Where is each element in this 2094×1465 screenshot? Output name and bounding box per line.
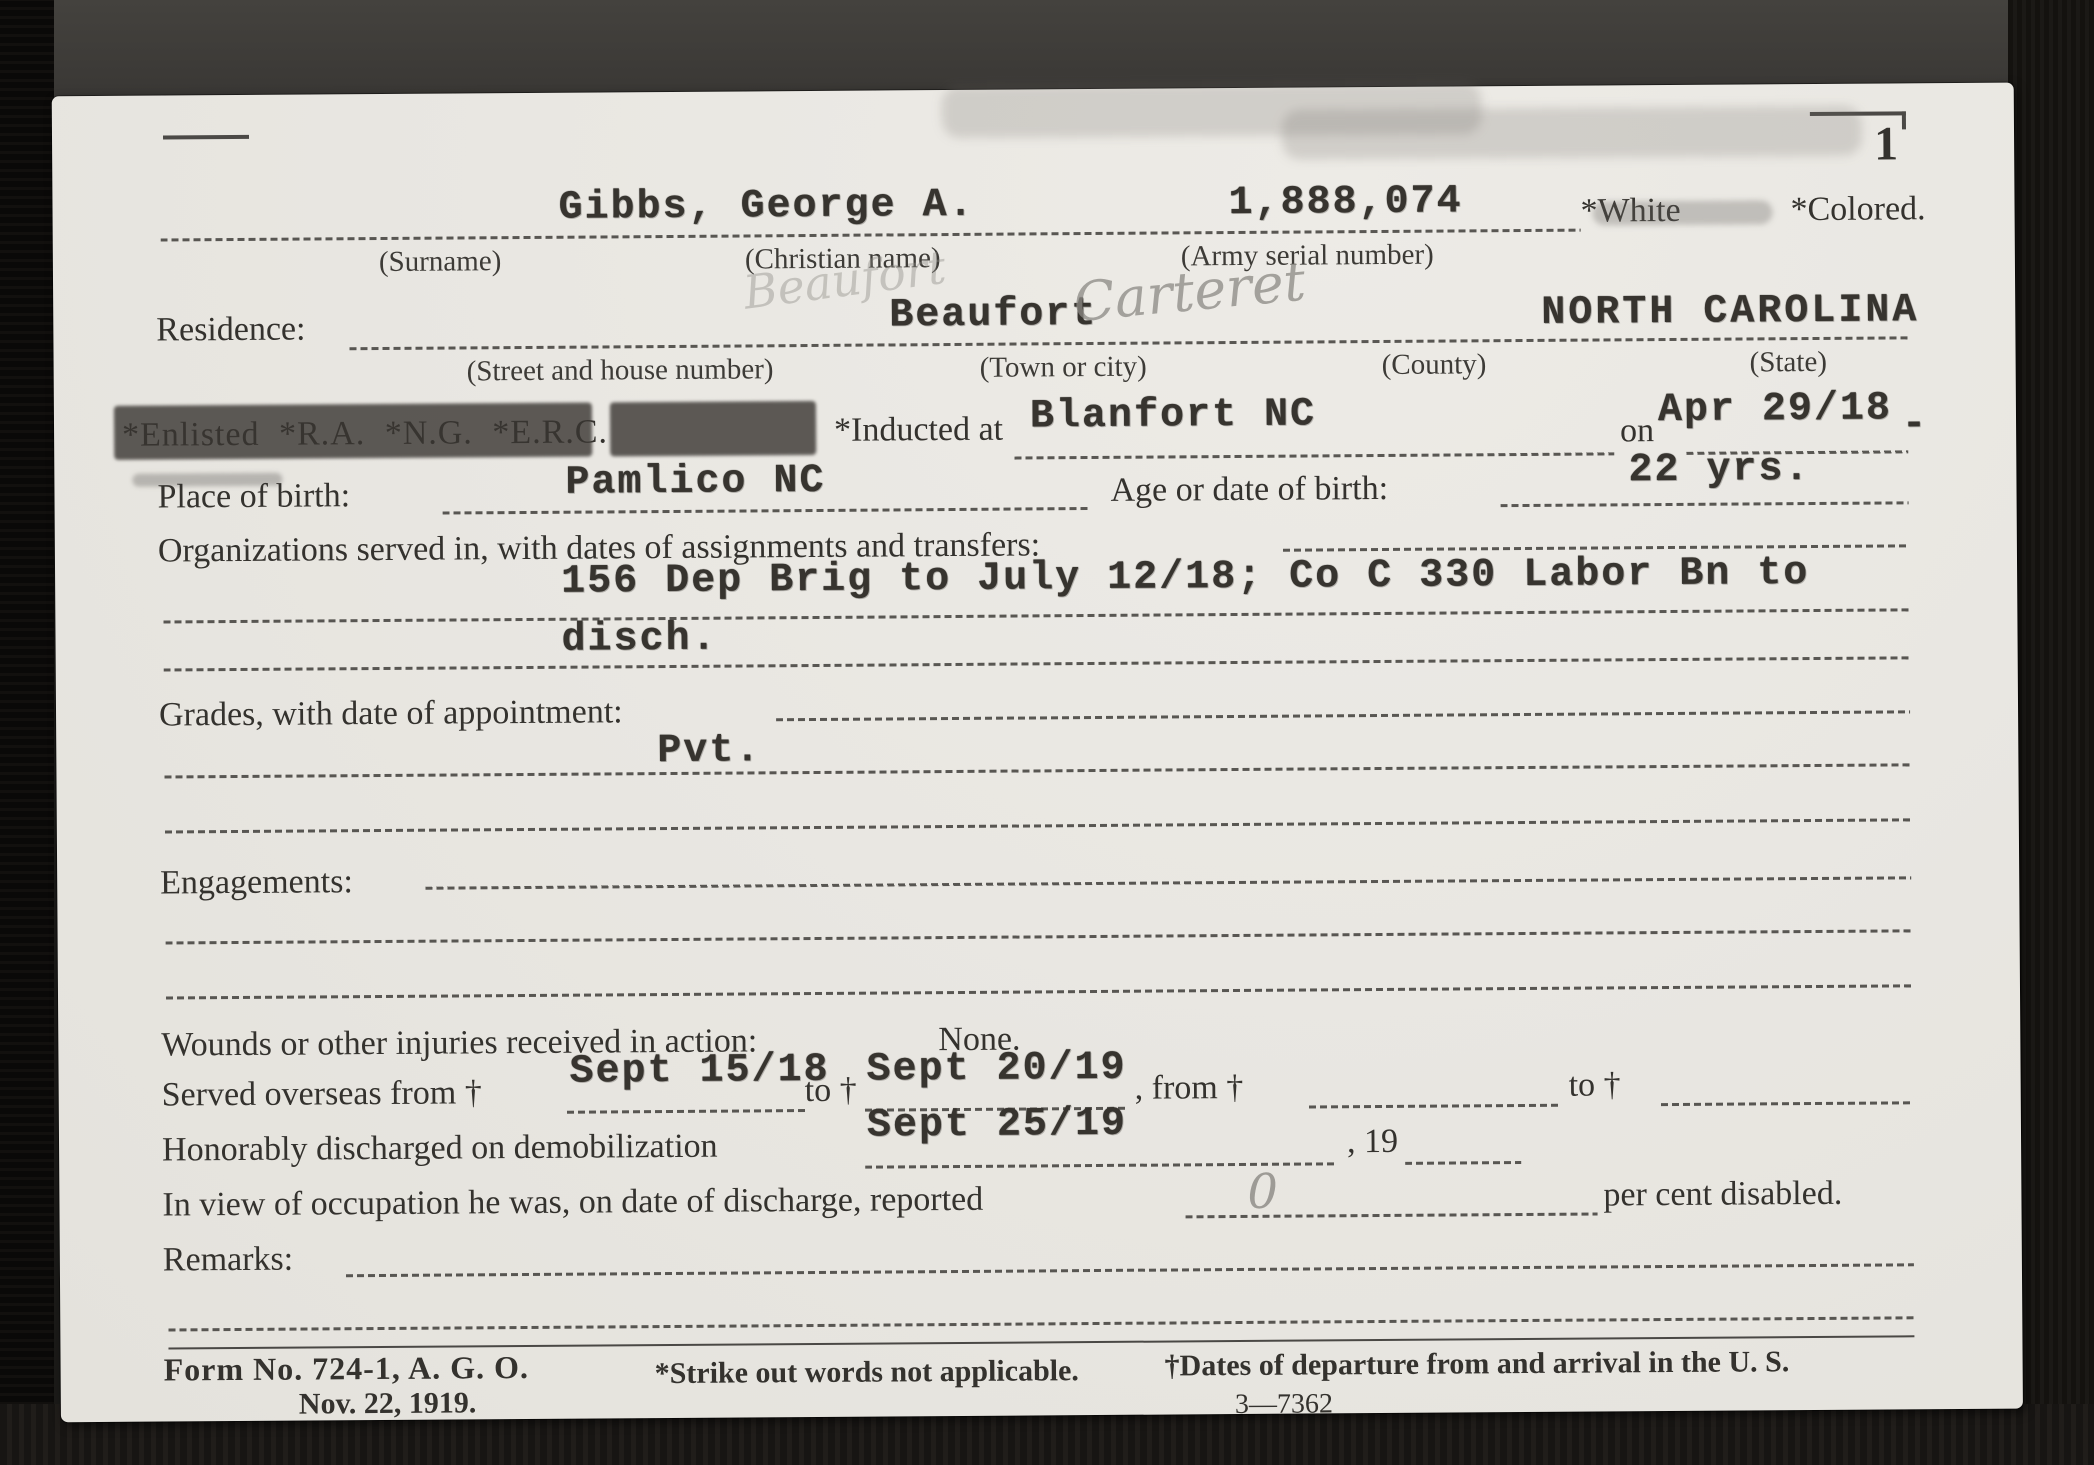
print-code: 3—7362 xyxy=(1235,1389,1333,1419)
dotted-rule-overseas-4 xyxy=(1661,1101,1913,1106)
grades-value: Pvt. xyxy=(657,731,761,772)
inducted-place-value: Blanfort NC xyxy=(1030,395,1316,437)
form-date: Nov. 22, 1919. xyxy=(299,1387,477,1420)
dotted-rule-blank-3 xyxy=(166,984,1912,999)
dotted-rule-organizations-label xyxy=(1283,544,1909,551)
residence-county-pencil-value: Carteret xyxy=(1071,250,1308,335)
dotted-rule-blank-2 xyxy=(166,929,1912,944)
dotted-rule-blank-1 xyxy=(165,818,1911,833)
residence-town-value: Beaufort xyxy=(889,295,1097,336)
dotted-rule-organizations-1 xyxy=(163,608,1909,623)
place-of-birth-label: Place of birth: xyxy=(157,478,350,515)
grades-label: Grades, with date of appointment: xyxy=(159,694,623,733)
discharge-label: Honorably discharged on demobilization xyxy=(162,1129,718,1169)
surname-caption: (Surname) xyxy=(379,247,502,277)
dotted-rule-inducted xyxy=(1014,452,1614,459)
dotted-rule-remarks xyxy=(346,1263,1914,1277)
pencil-smudge-white xyxy=(1592,200,1772,225)
residence-label: Residence: xyxy=(156,312,305,349)
dotted-rule-engagements xyxy=(425,876,1911,889)
dotted-rule-residence xyxy=(349,336,1909,350)
street-caption: (Street and house number) xyxy=(467,355,774,386)
overseas-to-label-2: to † xyxy=(1569,1067,1621,1103)
age-label: Age or date of birth: xyxy=(1110,471,1388,509)
dotted-rule-birthplace xyxy=(443,507,1088,515)
dotted-rule-organizations-2 xyxy=(164,656,1910,671)
form-number: Form No. 724-1, A. G. O. xyxy=(164,1351,530,1387)
disability-value-pencil: 0 xyxy=(1247,1164,1278,1220)
discharge-year-label: , 19 xyxy=(1347,1124,1398,1160)
inducted-date-value: Apr 29/18 xyxy=(1658,389,1892,431)
place-of-birth-value: Pamlico NC xyxy=(565,462,825,504)
name-value: Gibbs, George A. xyxy=(558,186,974,229)
dotted-rule-blank-4 xyxy=(168,1316,1914,1331)
dotted-rule-age xyxy=(1501,501,1909,507)
engagements-label: Engagements: xyxy=(160,864,353,901)
dotted-rule-discharge-year xyxy=(1405,1161,1521,1165)
scan-background-left xyxy=(0,0,54,1465)
county-caption: (County) xyxy=(1382,350,1487,380)
disability-label: In view of occupation he was, on date of… xyxy=(162,1182,983,1223)
inducted-date-dash: - xyxy=(1902,405,1928,445)
dotted-rule-grades-value xyxy=(164,763,1910,778)
overseas-label: Served overseas from † xyxy=(162,1075,482,1113)
organizations-line1: 156 Dep Brig to July 12/18; Co C 330 Lab… xyxy=(561,554,1809,603)
page-number: 1 xyxy=(1874,119,1898,170)
residence-state-value: NORTH CAROLINA xyxy=(1541,291,1919,334)
serial-number-value: 1,888,074 xyxy=(1228,182,1462,224)
age-value: 22 yrs. xyxy=(1628,450,1810,491)
dotted-rule-overseas-3 xyxy=(1309,1104,1559,1109)
strike-out-note: *Strike out words not applicable. xyxy=(655,1355,1079,1389)
dotted-rule-grades-label xyxy=(776,710,1910,721)
disability-suffix: per cent disabled. xyxy=(1603,1176,1842,1213)
strikeout-blackout-1 xyxy=(114,403,592,460)
strikeout-blackout-2 xyxy=(610,401,816,456)
inducted-at-label: *Inducted at xyxy=(834,412,1003,449)
dotted-rule-overseas-1 xyxy=(567,1109,807,1114)
organizations-line2: disch. xyxy=(561,620,717,661)
state-caption: (State) xyxy=(1750,348,1828,378)
overseas-from2-label: , from † xyxy=(1135,1070,1244,1106)
service-record-card: 1 Gibbs, George A. 1,888,074 *White *Col… xyxy=(52,83,2023,1423)
town-caption: (Town or city) xyxy=(980,353,1147,383)
overseas-from1-value: Sept 15/18 xyxy=(569,1051,829,1093)
race-colored-label: *Colored. xyxy=(1790,191,1925,228)
scan-smudge-top-right xyxy=(1282,106,1862,160)
inducted-on-label: on xyxy=(1620,413,1654,449)
top-left-rule-mark xyxy=(163,135,249,140)
overseas-to1-value: Sept 20/19 xyxy=(866,1049,1126,1091)
discharge-date-value: Sept 25/19 xyxy=(867,1105,1127,1147)
dagger-note: †Dates of departure from and arrival in … xyxy=(1165,1346,1790,1382)
remarks-label: Remarks: xyxy=(163,1242,294,1279)
